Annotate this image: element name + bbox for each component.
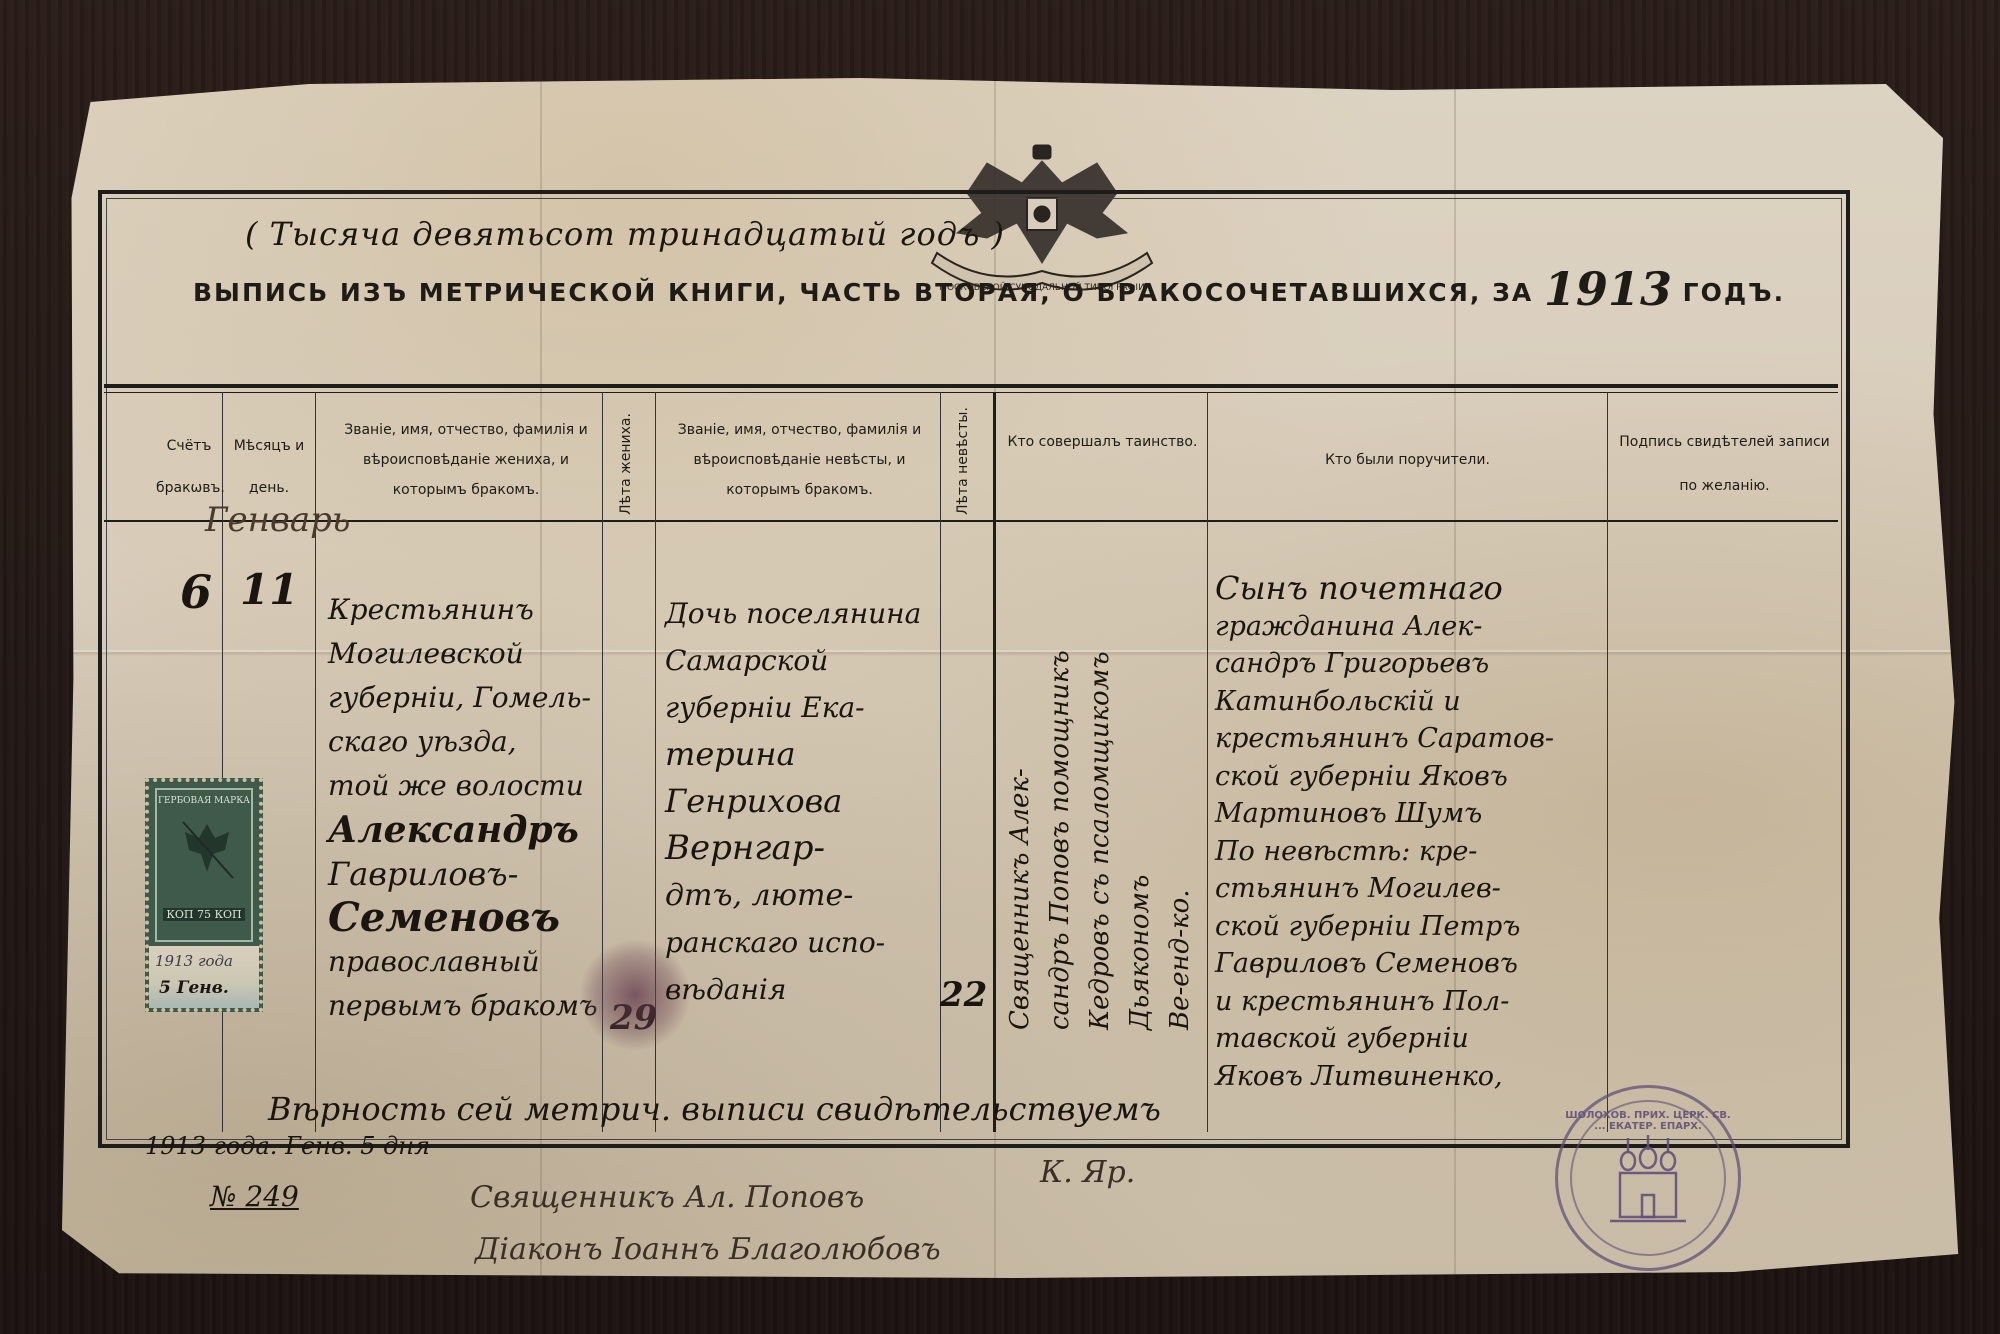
header-bottom-rule (104, 520, 1838, 522)
revenue-stamp: ГЕРБОВАЯ МАРКА КОП 75 КОП 1913 года 5 Ге… (145, 778, 263, 1012)
seal-text: ШОЛОХОВ. ПРИХ. ЦЕРК. СВ. ... ЕКАТЕР. ЕПА… (1558, 1110, 1738, 1132)
groom-line: скаго уѣзда, (328, 720, 598, 764)
bride-line: губерніи Ека- (665, 684, 921, 731)
guarantors-details: Сынъ почетнаго гражданина Алек- сандръ Г… (1215, 570, 1554, 1095)
bride-line: Самарской (665, 637, 921, 684)
stamp-eagle-icon (179, 820, 235, 880)
guarantor-line: Сынъ почетнаго (1215, 570, 1554, 608)
groom-line: Крестьянинъ (328, 588, 598, 632)
bride-patronymic: Генрихова (665, 778, 921, 825)
attestation-text: Вѣрность сей метрич. выписи свидѣтельств… (268, 1090, 1161, 1128)
church-seal: ШОЛОХОВ. ПРИХ. ЦЕРК. СВ. ... ЕКАТЕР. ЕПА… (1555, 1085, 1741, 1271)
header-officiant: Кто совершалъ таинство. (1000, 420, 1205, 464)
column-divider (1207, 392, 1208, 1132)
groom-line: православный (328, 940, 598, 984)
officiant-line: Кедровъ съ псаломщикомъ (1080, 650, 1120, 1030)
officiant-line: Священникъ Алек- (1000, 650, 1040, 1030)
header-rule (104, 384, 1838, 388)
header-count: Счётъ бракωвъ. (156, 425, 222, 509)
officiant-line: Ве-енд-ко. (1160, 650, 1200, 1030)
bride-line: дтъ, люте- (665, 872, 921, 919)
guarantor-line: Мартиновъ Шумъ (1215, 795, 1554, 833)
groom-line: Могилевской (328, 632, 598, 676)
guarantor-line: крестьянинъ Саратов- (1215, 720, 1554, 758)
initials-signature: К. Яр. (1040, 1155, 1135, 1190)
guarantor-line: Гавриловъ Семеновъ (1215, 945, 1554, 983)
stamp-value: КОП 75 КОП (163, 908, 245, 921)
header-bride-age: Лѣта невѣсты. (955, 407, 971, 515)
stamp-cancel-area: 1913 года 5 Генв. (149, 946, 259, 1008)
groom-line: губерніи, Гомель- (328, 676, 598, 720)
header-bride: Званіе, имя, отчество, фамилія и вѣроисп… (662, 415, 937, 505)
groom-name: Александръ (328, 808, 598, 852)
header-groom-age: Лѣта жениха. (618, 413, 634, 515)
entry-day: 11 (240, 565, 298, 614)
bride-line: ранскаго испо- (665, 919, 921, 966)
stamp-cancel-note: 5 Генв. (159, 978, 229, 998)
header-guarantors: Кто были поручители. (1210, 445, 1605, 475)
bride-surname: Вернгар- (665, 825, 921, 872)
stamp-cancel-year: 1913 года (155, 952, 233, 970)
priest-signature: Священникъ Ал. Поповъ (470, 1180, 864, 1215)
guarantor-line: стьянинъ Могилев- (1215, 870, 1554, 908)
header-month-day: Мѣсяцъ и день. (224, 425, 314, 509)
attestation-number: № 249 (210, 1180, 299, 1213)
guarantor-line: Яковъ Литвиненко, (1215, 1058, 1554, 1096)
column-divider (993, 392, 996, 1132)
officiant-line: сандръ Поповъ помощникъ (1040, 650, 1080, 1030)
header-witness-signature: Подпись свидѣтелей записи по желанію. (1612, 420, 1837, 508)
title-suffix: ГОДЪ. (1683, 278, 1785, 307)
column-divider (1607, 392, 1608, 1132)
guarantor-line: гражданина Алек- (1215, 608, 1554, 646)
groom-details: Крестьянинъ Могилевской губерніи, Гомель… (328, 588, 598, 1028)
title-text: ВЫПИСЬ ИЗЪ МЕТРИЧЕСКОЙ КНИГИ, ЧАСТЬ ВТОР… (193, 278, 1533, 307)
column-divider (940, 392, 941, 1132)
bride-line: Дочь поселянина (665, 590, 921, 637)
officiant-details: Священникъ Алек- сандръ Поповъ помощникъ… (1000, 650, 1200, 1030)
groom-line: первымъ бракомъ (328, 984, 598, 1028)
month-handwritten: Генварь (205, 500, 350, 540)
guarantor-line: ской губерніи Петръ (1215, 908, 1554, 946)
header-groom: Званіе, имя, отчество, фамилія и вѣроисп… (330, 415, 602, 505)
stamp-title: ГЕРБОВАЯ МАРКА (157, 796, 251, 806)
guarantor-line: и крестьянинъ Пол- (1215, 983, 1554, 1021)
deacon-signature: Діаконъ Іоаннъ Благолюбовъ (475, 1232, 941, 1267)
officiant-line: Дьякономъ (1120, 650, 1160, 1030)
document-title: ВЫПИСЬ ИЗЪ МЕТРИЧЕСКОЙ КНИГИ, ЧАСТЬ ВТОР… (193, 262, 1785, 316)
groom-line: той же волости (328, 764, 598, 808)
guarantor-line: ской губерніи Яковъ (1215, 758, 1554, 796)
guarantor-line: тавской губерніи (1215, 1020, 1554, 1058)
bride-name: терина (665, 731, 921, 778)
bride-details: Дочь поселянина Самарской губерніи Ека- … (665, 590, 921, 1013)
guarantor-line: Катинбольскій и (1215, 683, 1554, 721)
guarantor-line: По невѣстѣ: кре- (1215, 833, 1554, 871)
bride-line: вѣданія (665, 966, 921, 1013)
groom-surname: Семеновъ (328, 896, 598, 940)
church-icon (1608, 1133, 1688, 1228)
attestation-date: 1913 года. Генв. 5 дня (145, 1132, 430, 1160)
title-year: 1913 (1544, 262, 1672, 316)
title-handwritten-year: ( Тысяча девятьсот тринадцатый годъ ) (245, 215, 1005, 253)
stamp-frame: ГЕРБОВАЯ МАРКА КОП 75 КОП (155, 788, 253, 942)
guarantor-line: сандръ Григорьевъ (1215, 645, 1554, 683)
header-rule (104, 392, 1838, 393)
entry-count: 6 (180, 565, 212, 619)
groom-patronymic: Гавриловъ- (328, 852, 598, 896)
bride-age: 22 (940, 975, 987, 1015)
